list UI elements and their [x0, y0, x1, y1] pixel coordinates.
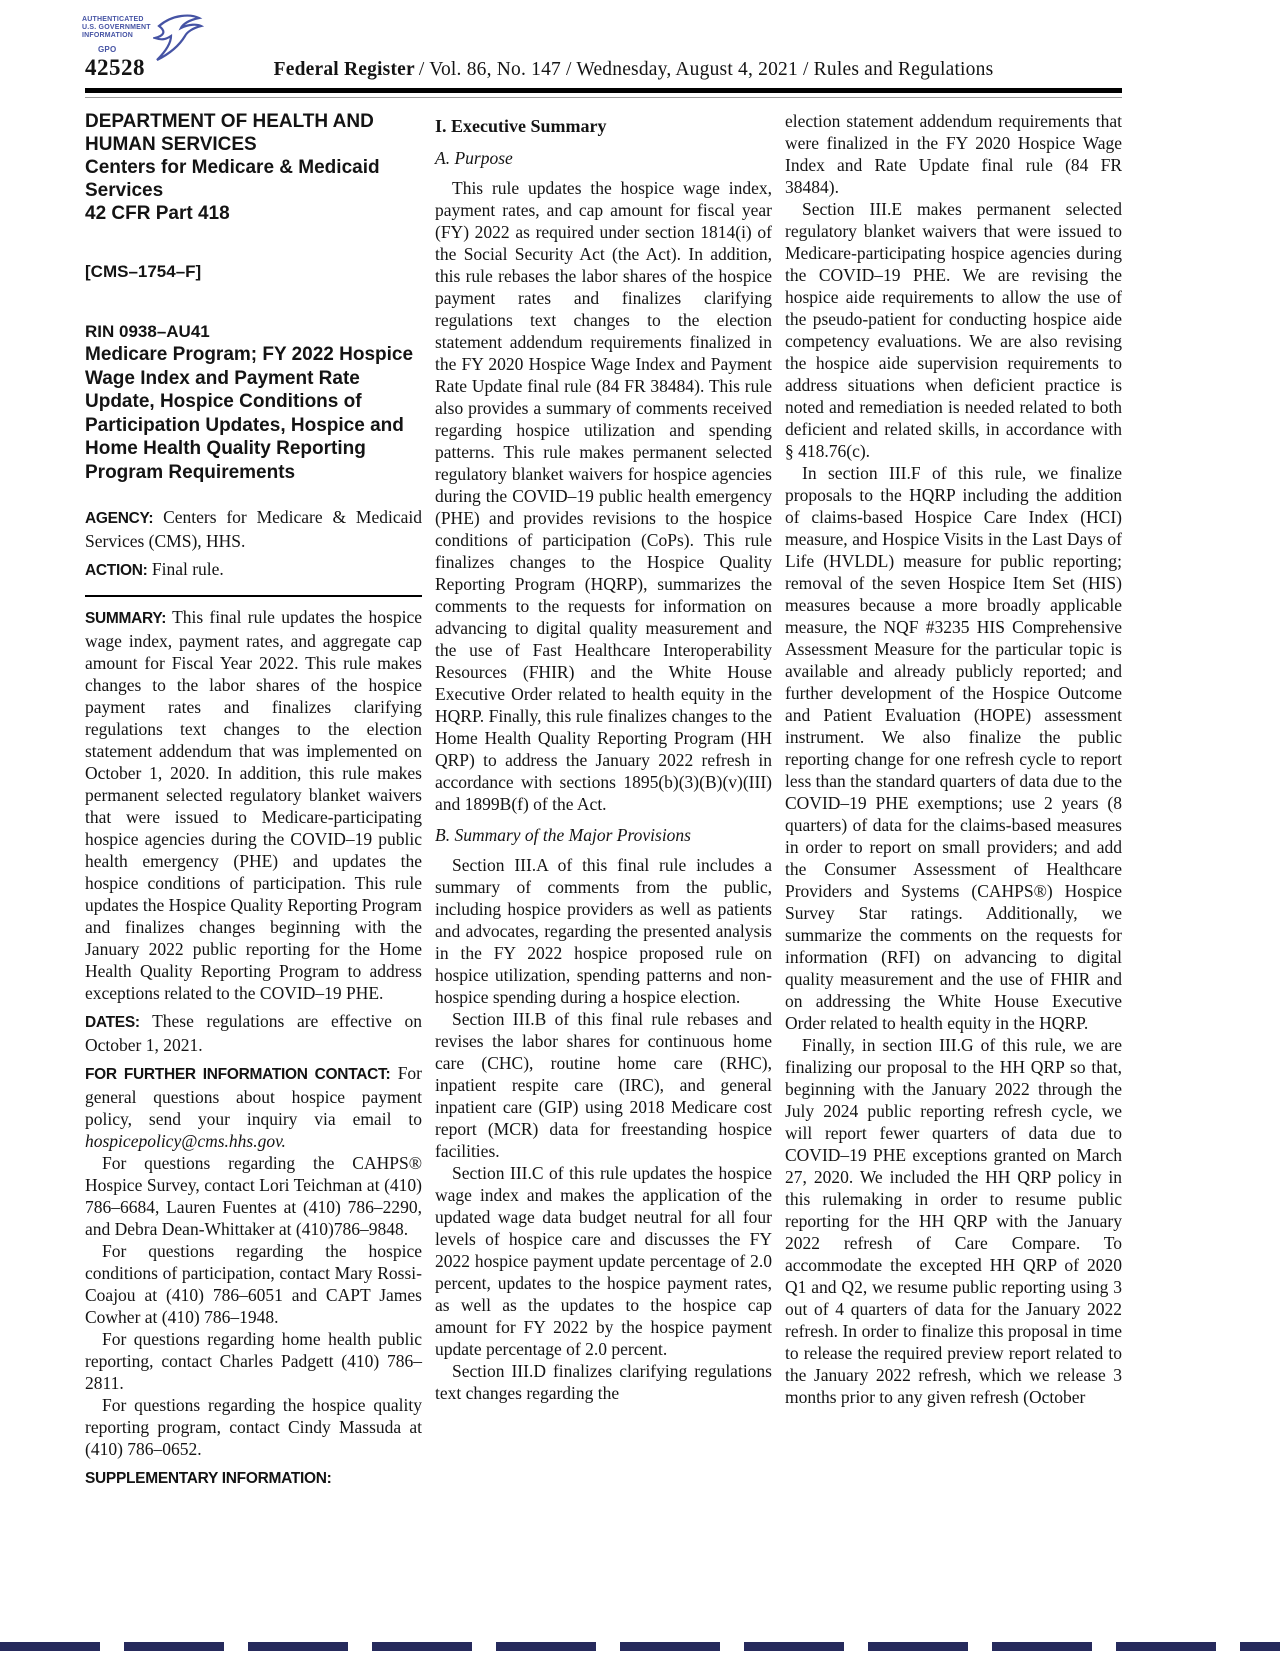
contact-paragraph-home-health: For questions regarding home health publ… [85, 1328, 422, 1394]
continuation-paragraph: election statement addendum requirements… [785, 110, 1122, 198]
contact-paragraph-cops: For questions regarding the hospice cond… [85, 1240, 422, 1328]
action-line: ACTION: Final rule. [85, 558, 422, 582]
rule-title: Medicare Program; FY 2022 Hospice Wage I… [85, 343, 422, 484]
department-heading: DEPARTMENT OF HEALTH AND HUMAN SERVICES [85, 110, 422, 156]
gpo-logo-text: AUTHENTICATED U.S. GOVERNMENT INFORMATIO… [82, 16, 151, 54]
content-columns: DEPARTMENT OF HEALTH AND HUMAN SERVICES … [85, 110, 1122, 1546]
left-column: DEPARTMENT OF HEALTH AND HUMAN SERVICES … [85, 110, 422, 1546]
summary-text: This final rule updates the hospice wage… [85, 607, 422, 1003]
section-iiif-paragraph: In section III.F of this rule, we finali… [785, 462, 1122, 1034]
journal-name: Federal Register [274, 59, 415, 80]
agency-line: AGENCY: Centers for Medicare & Medicaid … [85, 506, 422, 552]
middle-column: I. Executive Summary A. Purpose This rul… [435, 110, 772, 1546]
agency-subheading: Centers for Medicare & Medicaid Services [85, 156, 422, 202]
rin-number: RIN 0938–AU41 [85, 321, 422, 343]
summary-paragraph: SUMMARY: This final rule updates the hos… [85, 606, 422, 1004]
dates-label: DATES: [85, 1014, 140, 1031]
contact-label: FOR FURTHER INFORMATION CONTACT: [85, 1066, 390, 1083]
column-divider-rule [85, 595, 422, 597]
logo-line-authenticated: AUTHENTICATED [82, 16, 151, 24]
section-iiib-paragraph: Section III.B of this final rule rebases… [435, 1008, 772, 1162]
logo-line-government: U.S. GOVERNMENT [82, 24, 151, 32]
logo-line-information: INFORMATION [82, 32, 151, 40]
dates-paragraph: DATES: These regulations are effective o… [85, 1010, 422, 1056]
bottom-dashed-bar [0, 1642, 1280, 1651]
agency-label: AGENCY: [85, 510, 153, 527]
right-column: election statement addendum requirements… [785, 110, 1122, 1546]
header-title: Federal Register/ Vol. 86, No. 147 / Wed… [145, 59, 1122, 81]
header-rule-thin [85, 97, 1122, 98]
action-text: Final rule. [152, 559, 224, 579]
section-iiid-paragraph: Section III.D finalizes clarifying regul… [435, 1360, 772, 1404]
section-iiie-paragraph: Section III.E makes permanent selected r… [785, 198, 1122, 462]
page-number: 42528 [85, 55, 145, 81]
section-iiia-paragraph: Section III.A of this final rule include… [435, 854, 772, 1008]
supplementary-label: SUPPLEMENTARY INFORMATION: [85, 1470, 332, 1487]
header-rule-thick [85, 88, 1122, 93]
purpose-paragraph: This rule updates the hospice wage index… [435, 177, 772, 815]
subsection-heading-purpose: A. Purpose [435, 147, 772, 169]
issue-info: / Vol. 86, No. 147 / Wednesday, August 4… [419, 59, 994, 80]
section-heading-executive-summary: I. Executive Summary [435, 115, 772, 137]
subsection-heading-major-provisions: B. Summary of the Major Provisions [435, 824, 772, 846]
contact-email: hospicepolicy@cms.hhs.gov. [85, 1131, 286, 1151]
cfr-part-heading: 42 CFR Part 418 [85, 202, 422, 225]
action-label: ACTION: [85, 562, 147, 579]
logo-line-gpo: GPO [98, 46, 151, 54]
page-header: 42528 Federal Register/ Vol. 86, No. 147… [85, 55, 1122, 81]
contact-paragraph-cahps: For questions regarding the CAHPS® Hospi… [85, 1152, 422, 1240]
federal-register-page: AUTHENTICATED U.S. GOVERNMENT INFORMATIO… [0, 0, 1280, 1656]
supplementary-information-line: SUPPLEMENTARY INFORMATION: [85, 1466, 422, 1490]
section-iiig-paragraph: Finally, in section III.G of this rule, … [785, 1034, 1122, 1408]
docket-number: [CMS–1754–F] [85, 261, 422, 283]
contact-paragraph-quality-reporting: For questions regarding the hospice qual… [85, 1394, 422, 1460]
contact-paragraph: FOR FURTHER INFORMATION CONTACT: For gen… [85, 1062, 422, 1152]
summary-label: SUMMARY: [85, 610, 166, 627]
section-iiic-paragraph: Section III.C of this rule updates the h… [435, 1162, 772, 1360]
